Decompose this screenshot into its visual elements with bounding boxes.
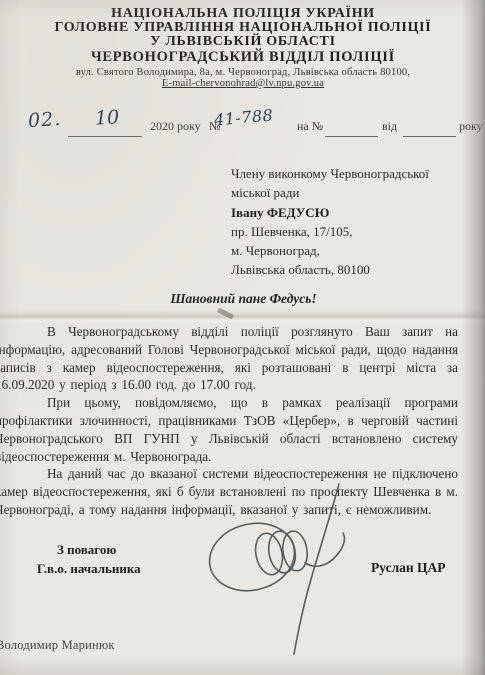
recipient-name: Івану ФЕДУСЮ xyxy=(231,203,429,222)
signature-ink xyxy=(165,462,365,672)
salutation: Шановний пане Федусь! xyxy=(0,291,485,307)
paper-crease xyxy=(0,309,485,324)
body-paragraph: В Червоноградському відділі поліції розг… xyxy=(0,323,458,394)
recipient-line: Члену виконкому Червоноградської xyxy=(231,164,429,183)
recipient-address-line: Львівська область, 80100 xyxy=(231,260,429,279)
executor-name: Володимир Маринюк xyxy=(0,638,115,653)
recipient-address-line: м. Червоноград, xyxy=(231,241,429,260)
year-suffix-label: року xyxy=(459,119,483,134)
handwritten-doc-number: 41-788 xyxy=(213,105,274,129)
blank-line xyxy=(403,135,456,137)
letterhead: НАЦІОНАЛЬНА ПОЛІЦІЯ УКРАЇНИ ГОЛОВНЕ УПРА… xyxy=(28,7,458,89)
org-address: вул. Святого Володимира, 8а, м. Червоног… xyxy=(28,67,458,78)
blank-line xyxy=(325,135,378,137)
org-name-line: У ЛЬВІВСЬКІЙ ОБЛАСТІ xyxy=(28,35,458,49)
reference-row: 02. 10 2020 року № 41-788 на № від року xyxy=(0,106,485,152)
closing-regards: З повагою xyxy=(57,542,116,558)
reply-number-label: на № xyxy=(297,119,323,134)
org-email: E-mail-chervonohrad@lv.npu.gov.ua xyxy=(28,78,458,89)
recipient-address-line: пр. Шевченка, 17/105, xyxy=(231,222,429,241)
blank-line xyxy=(68,135,142,137)
recipient-line: міської ради xyxy=(231,183,429,202)
org-name-line: ЧЕРВОНОГРАДСЬКИЙ ВІДДІЛ ПОЛІЦІЇ xyxy=(28,50,458,64)
recipient-block: Члену виконкому Червоноградської міської… xyxy=(231,164,429,280)
closing-position-title: Г.в.о. начальника xyxy=(37,561,141,577)
handwritten-month: 10 xyxy=(94,106,119,129)
document-photo: НАЦІОНАЛЬНА ПОЛІЦІЯ УКРАЇНИ ГОЛОВНЕ УПРА… xyxy=(0,0,485,675)
body-paragraph: При цьому, повідомляємо, що в рамках реа… xyxy=(0,394,458,465)
year-label: 2020 року xyxy=(150,119,201,134)
from-label: від xyxy=(382,119,397,134)
signer-name: Руслан ЦАР xyxy=(371,560,446,576)
paper-crease-notch xyxy=(217,308,234,320)
handwritten-day: 02. xyxy=(27,108,62,132)
